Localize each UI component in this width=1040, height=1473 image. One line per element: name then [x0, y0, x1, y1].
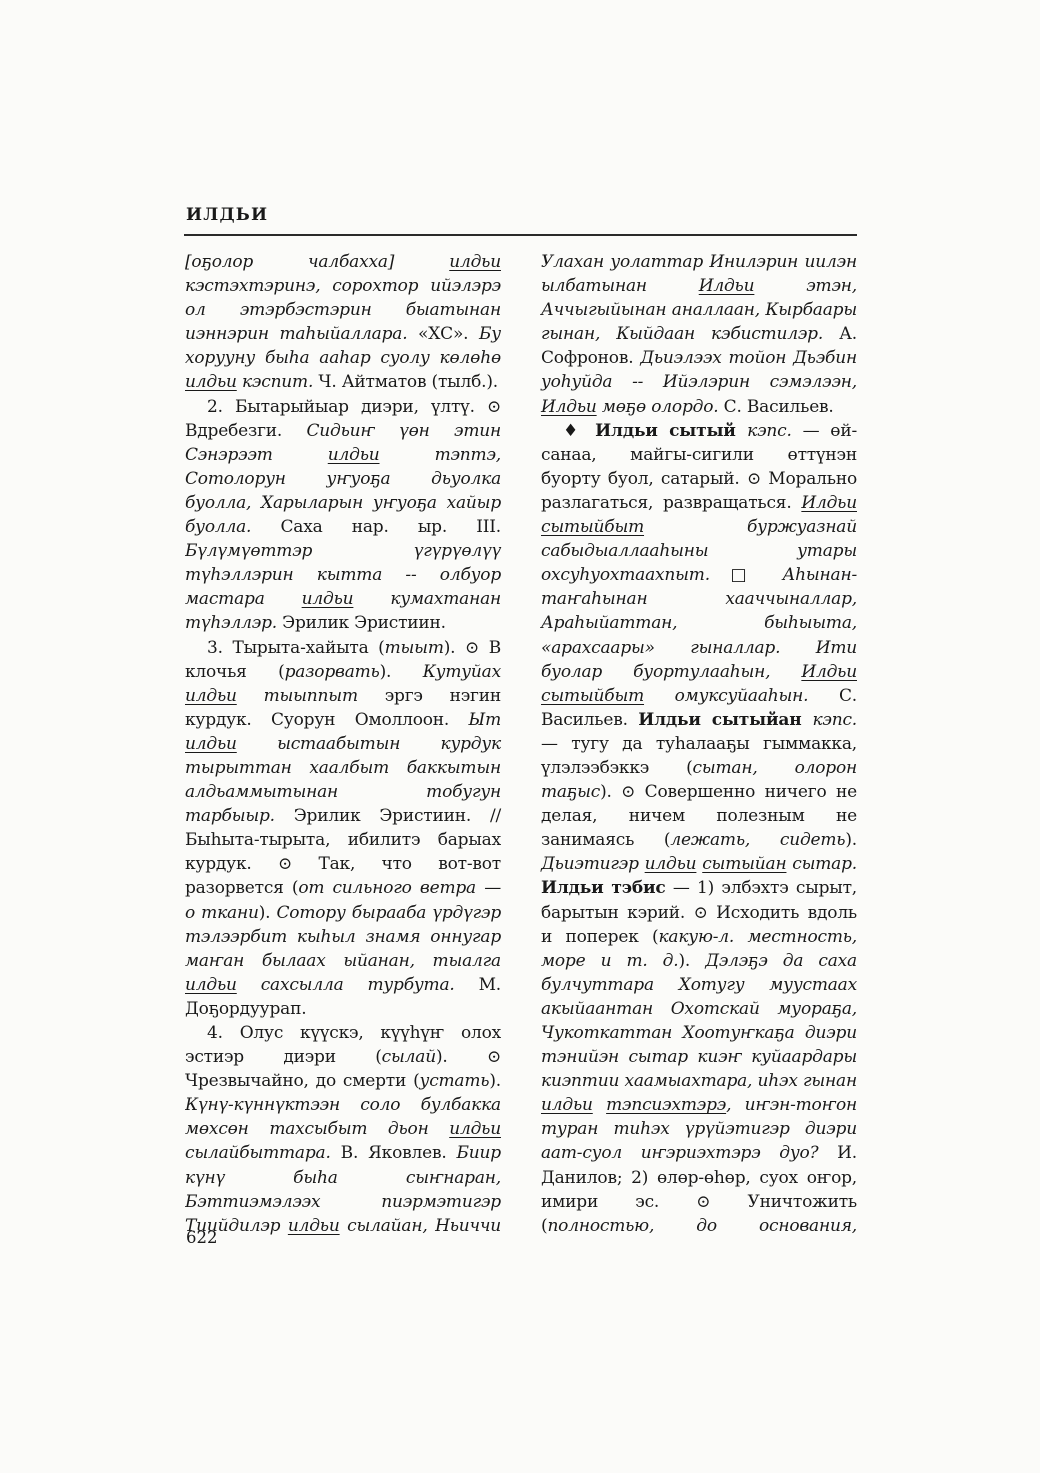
paragraph: 2. Бытарыйыар диэри, үлтү. ⊙ Вдребезги. … — [185, 395, 501, 636]
paragraph: [оҕолор чалбахха] илдьи кэстэхтэринэ, со… — [185, 250, 501, 395]
text-run — [593, 1095, 606, 1115]
right-column: Улахан уолаттар Инилэрин иилэн ылбатынан… — [541, 250, 857, 1240]
text-run: Илдьи — [699, 276, 755, 296]
text-run: сытыйбыт — [541, 517, 644, 537]
text-run: Ч. Айтматов (тылб.). — [313, 372, 498, 392]
text-run: Илдьи сытыйан — [638, 710, 812, 730]
text-run: ). — [845, 830, 857, 850]
text-run: илдьи — [185, 686, 237, 706]
text-run: устать — [420, 1071, 490, 1091]
running-head: ИЛДЬИ — [186, 205, 268, 225]
text-run: илдьи — [185, 734, 237, 754]
text-run: Ыт — [469, 710, 501, 730]
paragraph: 4. Олус күүскэ, күүһүҥ олох эстиэр диэри… — [185, 1021, 501, 1240]
paragraph: Улахан уолаттар Инилэрин иилэн ылбатынан… — [541, 250, 857, 419]
text-run: В. Яковлев. — [331, 1143, 457, 1163]
text-run: тыыппыт — [237, 686, 358, 706]
text-columns: [оҕолор чалбахха] илдьи кэстэхтэринэ, со… — [185, 250, 857, 1240]
text-run: сылайбыттара. — [185, 1143, 331, 1163]
text-run: ). — [259, 903, 277, 923]
text-run: сылай — [382, 1047, 436, 1067]
text-run: Дэлэҕэ да саха булчуттара Хотугу муустаа… — [541, 951, 857, 1091]
text-run: сытар. — [786, 854, 857, 874]
text-run: илдьи — [185, 975, 237, 995]
text-run: □ — [710, 565, 783, 585]
text-run: илдьи — [185, 372, 237, 392]
text-run: кэспит. — [237, 372, 313, 392]
text-run: 3. Тырыта-хайыта ( — [207, 638, 385, 658]
text-run: ). — [380, 662, 423, 682]
text-run: «ХС». — [407, 324, 479, 344]
text-run: кэпс. — [812, 710, 857, 730]
left-column: [оҕолор чалбахха] илдьи кэстэхтэринэ, со… — [185, 250, 501, 1240]
text-run: полностью, до основания, окончательно — [541, 1216, 857, 1240]
text-run: илдьи — [449, 1119, 501, 1139]
text-run: илдьи — [288, 1216, 340, 1236]
text-run: ♦ Илдьи сытый — [563, 421, 747, 441]
text-run: лежать, сидеть — [670, 830, 845, 850]
text-run: Саха нар. ыр. III. — [251, 517, 501, 537]
text-run: тэпсиэхтэрэ — [606, 1095, 726, 1115]
header-rule — [184, 234, 857, 236]
paragraph: 3. Тырыта-хайыта (тыыт). ⊙ В клочья (раз… — [185, 636, 501, 1022]
paragraph: ♦ Илдьи сытый кэпс. — өй-санаа, майгы-си… — [541, 419, 857, 1240]
text-run: Эрилик Эристиин. — [277, 613, 446, 633]
page-number: 622 — [186, 1228, 218, 1247]
text-run: кэпс. — [747, 421, 792, 441]
text-run: сылайан, Ньиччи — [340, 1216, 501, 1236]
text-run: Илдьи — [801, 662, 857, 682]
text-run: разорвать — [285, 662, 380, 682]
text-run: Илдьи тэбис — [541, 878, 666, 898]
text-run: ). — [489, 1071, 501, 1091]
text-run: Илдьи — [801, 493, 857, 513]
text-run: Кутуйах — [423, 662, 501, 682]
text-run: илдьи — [449, 252, 501, 272]
text-run: тыыт — [385, 638, 444, 658]
text-run: сытыйбыт — [541, 686, 644, 706]
text-run: [оҕолор чалбахха] — [185, 252, 449, 272]
text-run: С. Васильев. — [718, 397, 833, 417]
text-run: илдьи — [302, 589, 354, 609]
text-run: мөҕө олордо. — [597, 397, 719, 417]
text-run: Илдьи — [541, 397, 597, 417]
text-run: сахсылла турбута. — [237, 975, 455, 995]
text-run: илдьи — [328, 445, 380, 465]
text-run: илдьи — [541, 1095, 593, 1115]
text-run: Дьиэтигэр — [541, 854, 645, 874]
text-run: илдьи — [645, 854, 697, 874]
text-run: ). — [678, 951, 705, 971]
text-run: омуксуйааһын. — [644, 686, 808, 706]
text-run: сытыйан — [702, 854, 786, 874]
